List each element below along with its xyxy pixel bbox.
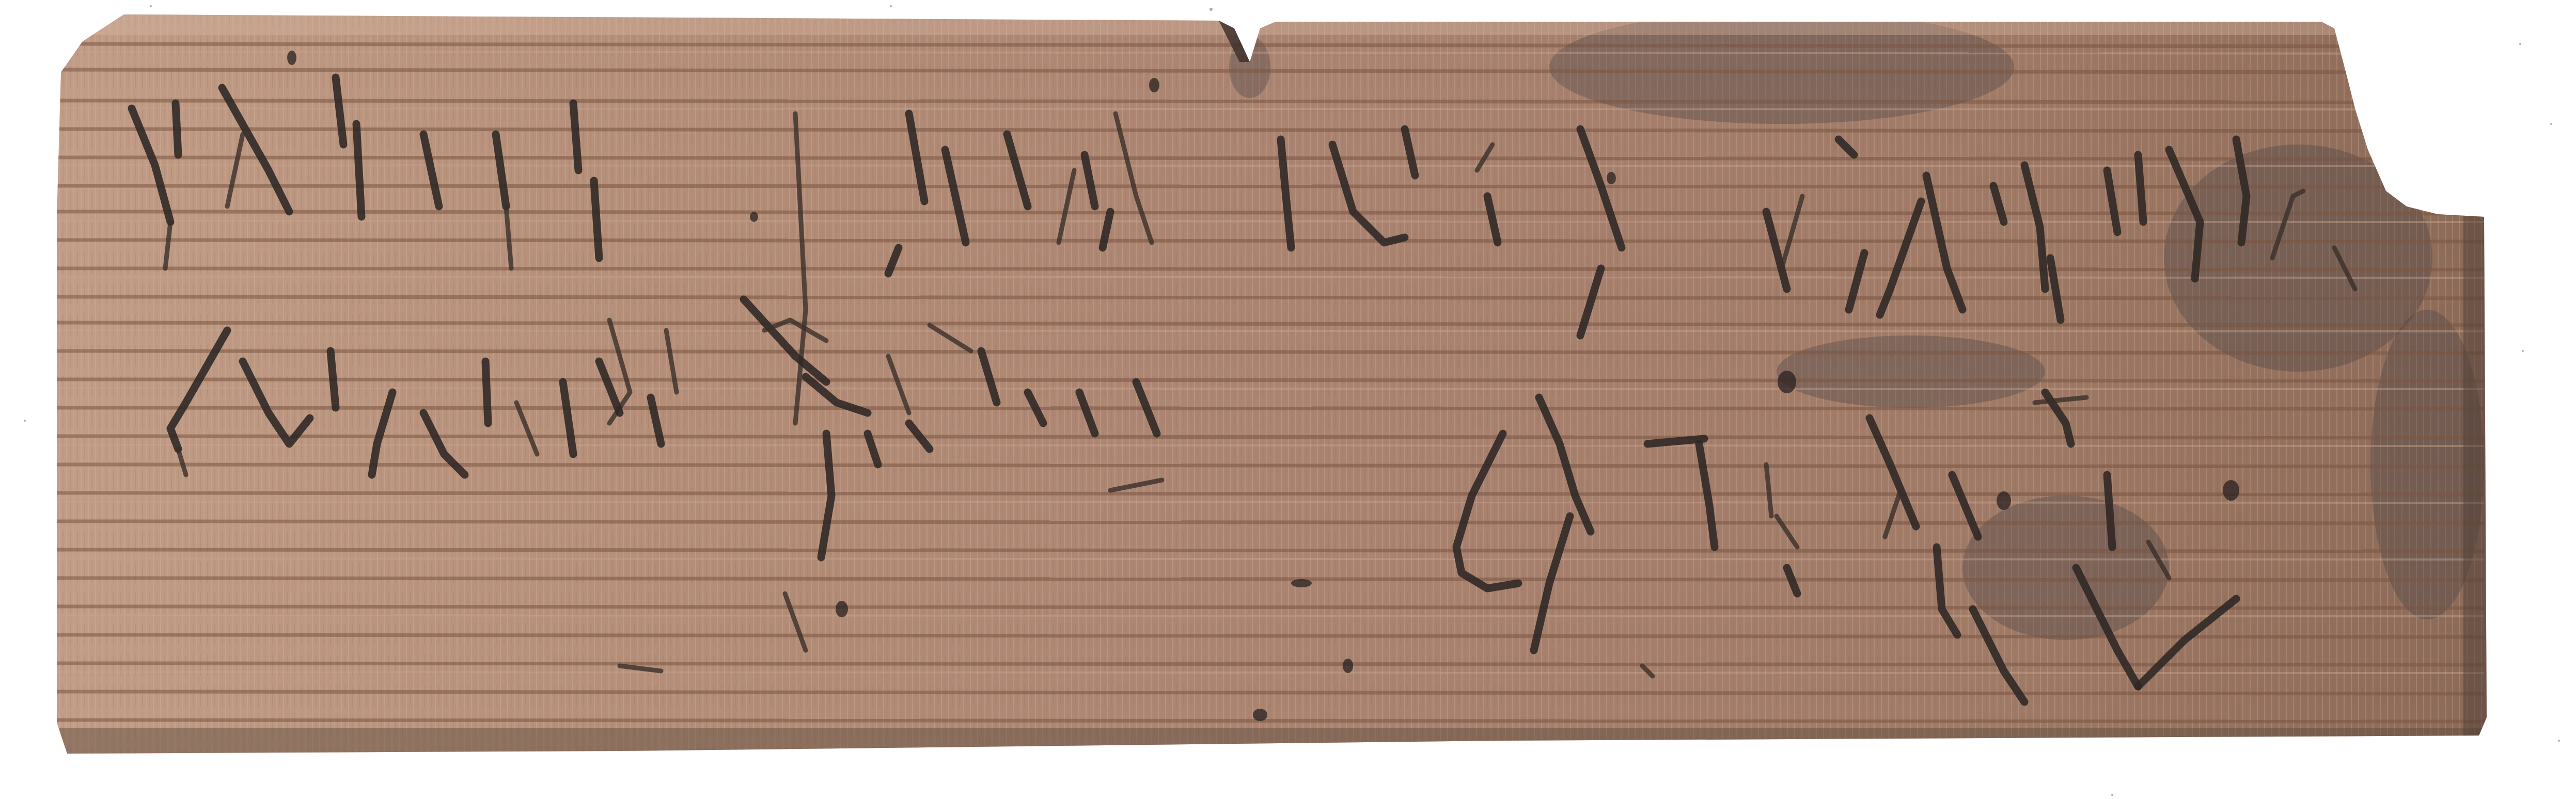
tablet-photograph xyxy=(0,0,2576,799)
tablet xyxy=(0,0,2576,799)
